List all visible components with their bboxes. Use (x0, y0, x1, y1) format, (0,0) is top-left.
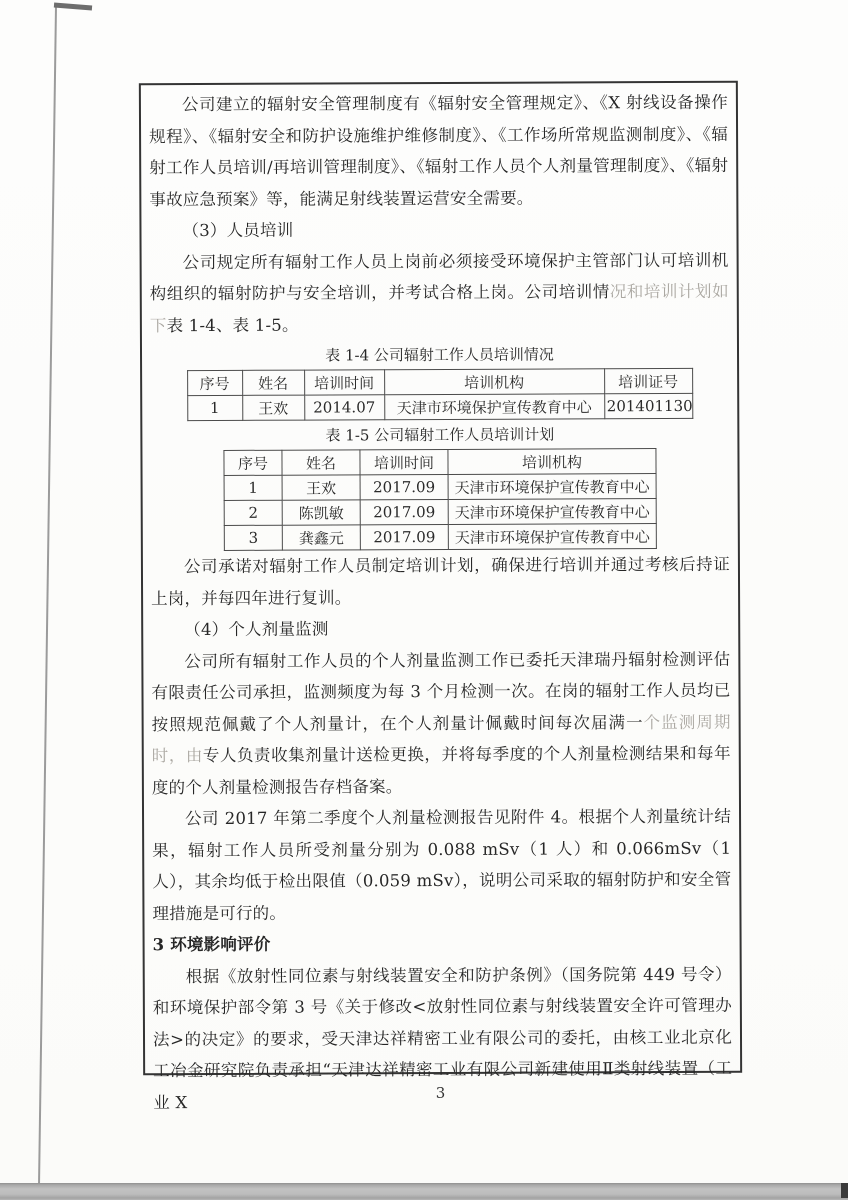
text-segment: 专人负责收集剂量计送检更换，并将每季度的个人剂量检测结果和每年度的个人剂量检测报… (152, 744, 731, 797)
table-cell: 2017.09 (360, 499, 448, 524)
table-cell: 王欢 (282, 475, 360, 500)
column-header: 序号 (224, 450, 282, 475)
column-header: 培训时间 (360, 449, 448, 474)
text-segment: 公司 2017 年第二季度个人剂量检测报告见附件 4。根据个人剂量统计结果，辐射… (152, 807, 731, 923)
table-caption: 表 1-5 公司辐射工作人员培训计划 (150, 421, 729, 450)
table-row: 2陈凯敏2017.09天津市环境保护宣传教育中心 (224, 499, 656, 526)
table-header-row: 序号姓名培训时间培训机构培训证号 (187, 368, 692, 395)
column-header: 序号 (187, 370, 242, 395)
table-cell: 1 (224, 475, 282, 500)
document-content-frame: 公司建立的辐射安全管理制度有《辐射安全管理规定》、《X 射线设备操作规程》、《辐… (139, 81, 742, 1076)
table-cell: 龚鑫元 (282, 525, 360, 550)
column-header: 培训证号 (604, 368, 692, 393)
table-cell: 201401130 (604, 393, 692, 418)
column-header: 培训机构 (384, 369, 604, 395)
column-header: 培训时间 (304, 370, 384, 395)
table-cell: 天津市环境保护宣传教育中心 (448, 524, 656, 550)
scanned-document-page: 公司建立的辐射安全管理制度有《辐射安全管理规定》、《X 射线设备操作规程》、《辐… (0, 0, 848, 1200)
table-cell: 陈凯敏 (282, 500, 360, 525)
text-segment: （4）个人剂量监测 (184, 619, 328, 639)
scan-edge-mark (54, 5, 92, 8)
table-cell: 2014.07 (304, 395, 384, 420)
body-paragraph: 公司建立的辐射安全管理制度有《辐射安全管理规定》、《X 射线设备操作规程》、《辐… (149, 87, 729, 216)
training-record-table: 序号姓名培训时间培训机构培训证号1王欢2014.07天津市环境保护宣传教育中心2… (187, 368, 693, 421)
column-header: 姓名 (242, 370, 304, 395)
body-paragraph: 公司所有辐射工作人员的个人剂量监测工作已委托天津瑞丹辐射检测评估有限责任公司承担… (151, 643, 731, 803)
table-caption: 表 1-4 公司辐射工作人员培训情况 (150, 341, 729, 370)
table-cell: 天津市环境保护宣传教育中心 (448, 474, 656, 500)
column-header: 培训机构 (448, 449, 656, 475)
body-paragraph: 公司规定所有辐射工作人员上岗前必须接受环境保护主管部门认可培训机构组织的辐射防护… (150, 244, 729, 341)
table-row: 1王欢2017.09天津市环境保护宣传教育中心 (224, 474, 656, 501)
scan-bottom-shadow (0, 1183, 848, 1200)
table-cell: 2017.09 (360, 524, 448, 549)
body-paragraph: （3）人员培训 (149, 213, 728, 247)
section-heading: 3 环境影响评价 (153, 927, 732, 961)
table-cell: 王欢 (242, 395, 304, 420)
body-paragraph: 公司 2017 年第二季度个人剂量检测报告见附件 4。根据个人剂量统计结果，辐射… (152, 801, 732, 930)
scan-corner-mark (841, 1183, 848, 1198)
body-paragraph: 公司承诺对辐射工作人员制定培训计划，确保进行培训并通过考核后持证上岗，并每四年进… (151, 549, 730, 615)
page-number: 3 (141, 1084, 740, 1102)
text-segment: 公司承诺对辐射工作人员制定培训计划，确保进行培训并通过考核后持证上岗，并每四年进… (151, 555, 730, 608)
table-cell: 天津市环境保护宣传教育中心 (384, 394, 604, 420)
column-header: 姓名 (282, 450, 360, 475)
text-segment: 公司建立的辐射安全管理制度有《辐射安全管理规定》、《X 射线设备操作规程》、《辐… (149, 93, 728, 209)
table-cell: 1 (187, 395, 242, 420)
document-flow: 公司建立的辐射安全管理制度有《辐射安全管理规定》、《X 射线设备操作规程》、《辐… (149, 87, 732, 1119)
table-row: 1王欢2014.07天津市环境保护宣传教育中心201401130 (187, 393, 692, 420)
text-segment: 表 1-4、表 1-5。 (167, 315, 299, 335)
text-segment: （3）人员培训 (182, 221, 293, 240)
table-cell: 2017.09 (360, 474, 448, 499)
table-cell: 2 (224, 500, 282, 525)
table-cell: 3 (224, 525, 282, 550)
table-row: 3龚鑫元2017.09天津市环境保护宣传教育中心 (224, 524, 656, 551)
training-plan-table: 序号姓名培训时间培训机构1王欢2017.09天津市环境保护宣传教育中心2陈凯敏2… (223, 448, 656, 551)
table-header-row: 序号姓名培训时间培训机构 (224, 449, 656, 476)
table-cell: 天津市环境保护宣传教育中心 (448, 499, 656, 525)
scan-binding-line (39, 6, 56, 1186)
text-segment: 3 环境影响评价 (153, 935, 271, 955)
body-paragraph: （4）个人剂量监测 (151, 612, 730, 646)
